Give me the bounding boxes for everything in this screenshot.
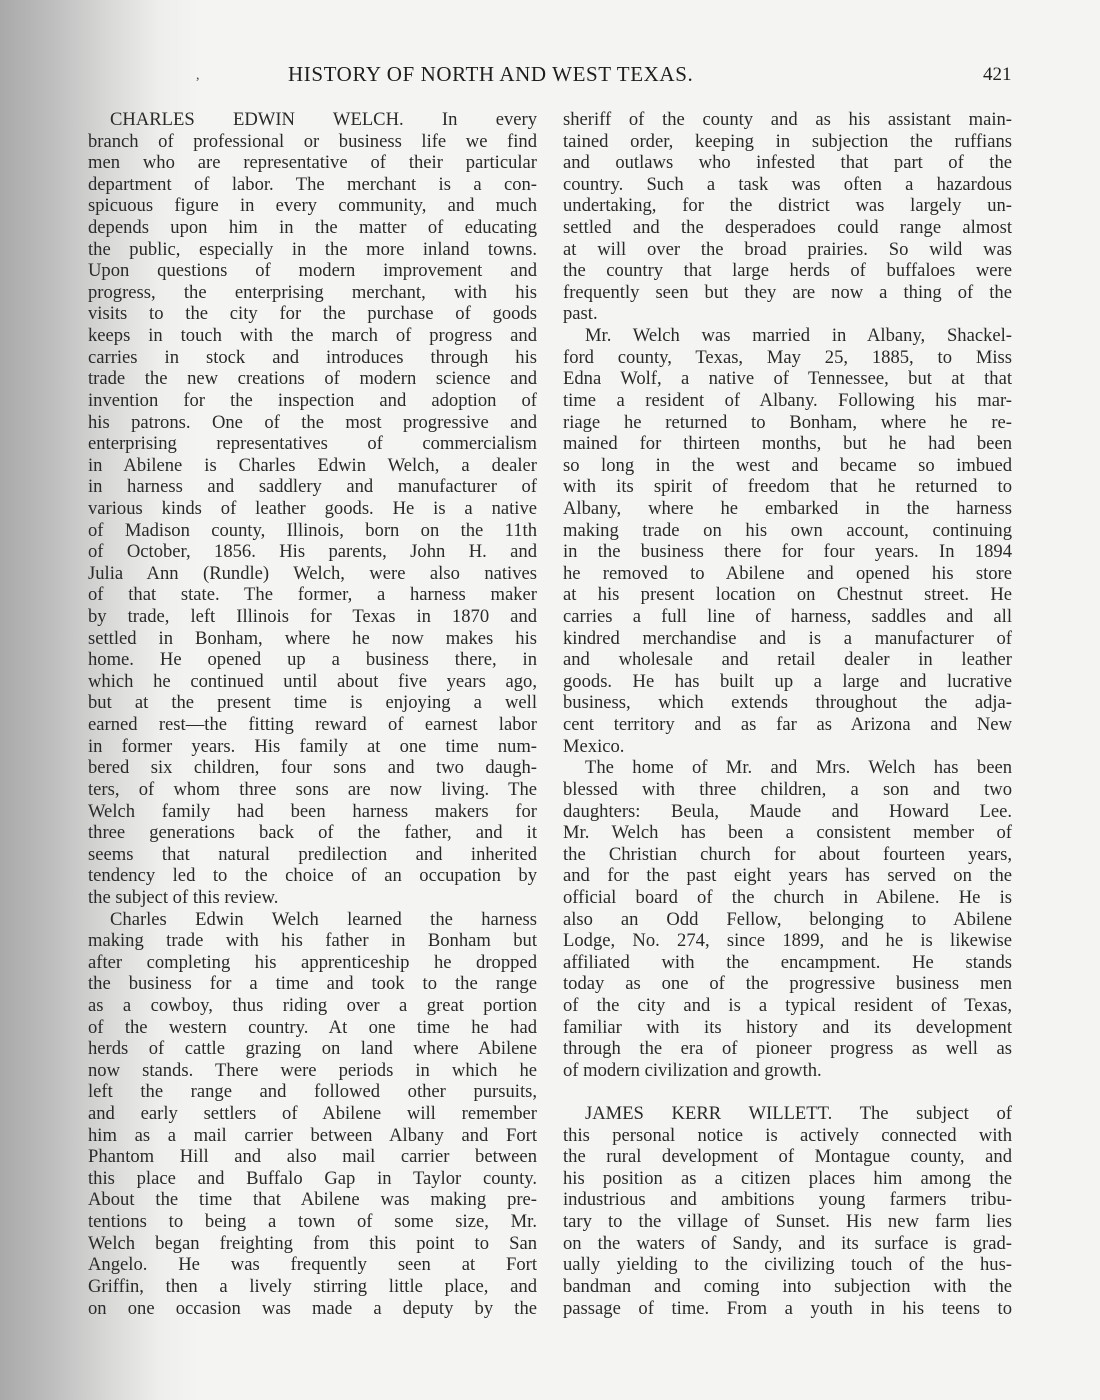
text-line: branch of professional or business life … [88,131,537,153]
text-line: this personal notice is actively connect… [563,1125,1012,1147]
text-line: riage he returned to Bonham, where he re… [563,412,1012,434]
text-line: Lodge, No. 274, since 1899, and he is li… [563,930,1012,952]
text-line: daughters: Beula, Maude and Howard Lee. [563,801,1012,823]
text-line: ford county, Texas, May 25, 1885, to Mis… [563,347,1012,369]
text-line: affiliated with the encampment. He stand… [563,952,1012,974]
text-line: time a resident of Albany. Following his… [563,390,1012,412]
text-line: but at the present time is enjoying a we… [88,692,537,714]
text-line: by trade, left Illinois for Texas in 187… [88,606,537,628]
text-line: he removed to Abilene and opened his sto… [563,563,1012,585]
text-line: settled and the desperadoes could range … [563,217,1012,239]
text-line: as a cowboy, thus riding over a great po… [88,995,537,1017]
text-line: three generations back of the father, an… [88,822,537,844]
text-line: passage of time. From a youth in his tee… [563,1298,1012,1320]
text-line: depends upon him in the matter of educat… [88,217,537,239]
text-line: industrious and ambitions young farmers … [563,1189,1012,1211]
text-line: Upon questions of modern improvement and [88,260,537,282]
text-line: the subject of this review. [88,887,537,909]
text-line: so long in the west and became so imbued [563,455,1012,477]
text-line: Griffin, then a lively stirring little p… [88,1276,537,1298]
text-line: and wholesale and retail dealer in leath… [563,649,1012,671]
text-line: today as one of the progressive business… [563,973,1012,995]
paragraph-first-line: The home of Mr. and Mrs. Welch has been [563,757,1012,779]
text-line: with its spirit of freedom that he retur… [563,476,1012,498]
text-line: keeps in touch with the march of progres… [88,325,537,347]
text-line: of the city and is a typical resident of… [563,995,1012,1017]
text-line: at his present location on Chestnut stre… [563,584,1012,606]
text-line: tentions to being a town of some size, M… [88,1211,537,1233]
text-line: Welch family had been harness makers for [88,801,537,823]
text-line: Angelo. He was frequently seen at Fort [88,1254,537,1276]
text-line: of modern civilization and growth. [563,1060,1012,1082]
text-line: on one occasion was made a deputy by the [88,1298,537,1320]
text-line: visits to the city for the purchase of g… [88,303,537,325]
text-line: this place and Buffalo Gap in Taylor cou… [88,1168,537,1190]
left-text-column: CHARLES EDWIN WELCH. In everybranch of p… [88,109,537,1319]
text-line: him as a mail carrier between Albany and… [88,1125,537,1147]
text-line: the Christian church for about fourteen … [563,844,1012,866]
text-line: men who are representative of their part… [88,152,537,174]
text-line: mained for thirteen months, but he had b… [563,433,1012,455]
text-line: trade the new creations of modern scienc… [88,368,537,390]
text-line: in harness and saddlery and manufacturer… [88,476,537,498]
text-line: the public, especially in the more inlan… [88,239,537,261]
text-line: frequently seen but they are now a thing… [563,282,1012,304]
text-line: making trade with his father in Bonham b… [88,930,537,952]
text-line: country. Such a task was often a hazardo… [563,174,1012,196]
running-title: HISTORY OF NORTH AND WEST TEXAS. [288,62,693,87]
text-line: cent territory and as far as Arizona and… [563,714,1012,736]
text-line: Albany, where he embarked in the harness [563,498,1012,520]
text-line: Phantom Hill and also mail carrier betwe… [88,1146,537,1168]
text-line: goods. He has built up a large and lucra… [563,671,1012,693]
text-line: carries a full line of harness, saddles … [563,606,1012,628]
text-line: his position as a citizen places him amo… [563,1168,1012,1190]
text-line: kindred merchandise and is a manufacture… [563,628,1012,650]
text-line: ters, of whom three sons are now living.… [88,779,537,801]
text-line: department of labor. The merchant is a c… [88,174,537,196]
text-line: and early settlers of Abilene will remem… [88,1103,537,1125]
text-line: through the era of pioneer progress as w… [563,1038,1012,1060]
text-line: which he continued until about five year… [88,671,537,693]
text-line: of Madison county, Illinois, born on the… [88,520,537,542]
text-line: tained order, keeping in subjection the … [563,131,1012,153]
text-line: in Abilene is Charles Edwin Welch, a dea… [88,455,537,477]
text-line: in the business there for four years. In… [563,541,1012,563]
paragraph-first-line: CHARLES EDWIN WELCH. In every [88,109,537,131]
text-line: the business for a time and took to the … [88,973,537,995]
text-line: invention for the inspection and adoptio… [88,390,537,412]
text-line: Mr. Welch has been a consistent member o… [563,822,1012,844]
text-line: home. He opened up a business there, in [88,649,537,671]
text-line: various kinds of leather goods. He is a … [88,498,537,520]
text-line: and for the past eight years has served … [563,865,1012,887]
text-line: business, which extends throughout the a… [563,692,1012,714]
text-line: seems that natural predilection and inhe… [88,844,537,866]
text-line: enterprising representatives of commerci… [88,433,537,455]
text-line: bandman and coming into subjection with … [563,1276,1012,1298]
page-header: , HISTORY OF NORTH AND WEST TEXAS. 421 [0,62,1100,86]
text-line: Mexico. [563,736,1012,758]
text-line: sheriff of the county and as his assista… [563,109,1012,131]
text-line: making trade on his own account, continu… [563,520,1012,542]
text-line: Julia Ann (Rundle) Welch, were also nati… [88,563,537,585]
text-line: earned rest—the fitting reward of earnes… [88,714,537,736]
text-line: carries in stock and introduces through … [88,347,537,369]
right-text-column: sheriff of the county and as his assista… [563,109,1012,1319]
text-line: blessed with three children, a son and t… [563,779,1012,801]
text-line: familiar with its history and its develo… [563,1017,1012,1039]
text-line: bered six children, four sons and two da… [88,757,537,779]
text-line: on the waters of Sandy, and its surface … [563,1233,1012,1255]
text-line: herds of cattle grazing on land where Ab… [88,1038,537,1060]
stray-print-mark: , [196,68,200,84]
text-line: also an Odd Fellow, belonging to Abilene [563,909,1012,931]
text-line: About the time that Abilene was making p… [88,1189,537,1211]
text-line: left the range and followed other pursui… [88,1081,537,1103]
text-line: ually yielding to the civilizing touch o… [563,1254,1012,1276]
text-line: official board of the church in Abilene.… [563,887,1012,909]
text-line: progress, the enterprising merchant, wit… [88,282,537,304]
paragraph-first-line: Charles Edwin Welch learned the harness [88,909,537,931]
text-line: Edna Wolf, a native of Tennessee, but at… [563,368,1012,390]
text-line: of October, 1856. His parents, John H. a… [88,541,537,563]
text-line: tary to the village of Sunset. His new f… [563,1211,1012,1233]
page-number: 421 [983,64,1012,86]
text-line: of the western country. At one time he h… [88,1017,537,1039]
section-gap [563,1081,1012,1103]
text-line: in former years. His family at one time … [88,736,537,758]
paragraph-first-line: JAMES KERR WILLETT. The subject of [563,1103,1012,1125]
text-line: spicuous figure in every community, and … [88,195,537,217]
text-line: the rural development of Montague county… [563,1146,1012,1168]
text-line: settled in Bonham, where he now makes hi… [88,628,537,650]
text-line: Welch began freighting from this point t… [88,1233,537,1255]
text-line: of that state. The former, a harness mak… [88,584,537,606]
text-line: and outlaws who infested that part of th… [563,152,1012,174]
text-line: undertaking, for the district was largel… [563,195,1012,217]
text-line: now stands. There were periods in which … [88,1060,537,1082]
paragraph-first-line: Mr. Welch was married in Albany, Shackel… [563,325,1012,347]
text-line: at will over the broad prairies. So wild… [563,239,1012,261]
text-line: past. [563,303,1012,325]
text-line: after completing his apprenticeship he d… [88,952,537,974]
text-line: his patrons. One of the most progressive… [88,412,537,434]
text-line: tendency led to the choice of an occupat… [88,865,537,887]
text-line: the country that large herds of buffaloe… [563,260,1012,282]
